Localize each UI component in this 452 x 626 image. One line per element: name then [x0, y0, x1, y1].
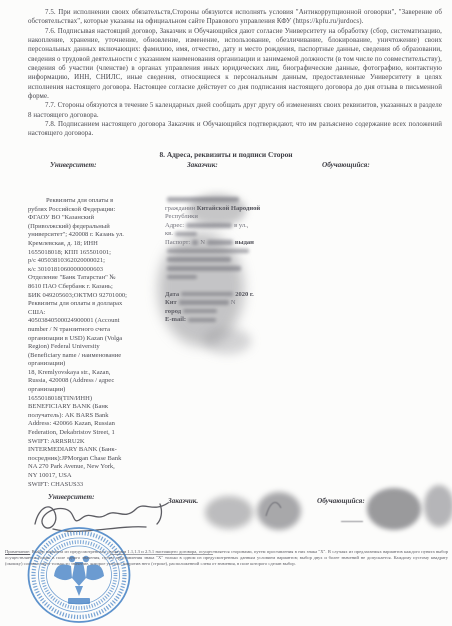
requisites-line: рублях Российской Федерации:: [28, 206, 168, 215]
requisites-line: организации): [28, 360, 168, 369]
student-signature-dash: [341, 521, 363, 522]
clause-7-5: 7.5. При исполнении своих обязательств,С…: [28, 8, 442, 27]
requisites-line: SWIFT: CHASUS33: [28, 481, 168, 490]
requisites-line: SWIFT: ARRSRU2K: [28, 438, 168, 447]
requisites-line: Реквизиты для оплаты в долларах: [28, 300, 168, 309]
university-requisites: Реквизиты для оплаты врублях Российской …: [28, 197, 168, 489]
requisites-line: BENEFICIARY BANK (Банк: [28, 403, 168, 412]
column-header-student: Обучающийся:: [322, 161, 370, 169]
requisites-line: получатель): AK BARS Bank: [28, 412, 168, 421]
requisites-line: 40503840500024900001 (Account: [28, 317, 168, 326]
customer-signature-stroke-icon: [260, 492, 286, 522]
redaction-smudge: [203, 328, 251, 354]
requisites-line: Кремлевская, д. 18; ИНН: [28, 240, 168, 249]
requisites-line: 1655018018(TIN/ИНН): [28, 395, 168, 404]
column-header-university: Университет:: [50, 161, 96, 169]
requisites-line: США:: [28, 309, 168, 318]
requisites-line: Federation, Dekabristov Street, 1: [28, 429, 168, 438]
requisites-line: 1655018018; КПП 165501001;: [28, 249, 168, 258]
requisites-line: к/с 30101810600000000603: [28, 266, 168, 275]
clause-7-8: 7.8. Подписанием настоящего договора Зак…: [28, 120, 442, 139]
footnote: Примечание: Выбор варианта из предусмотр…: [5, 549, 448, 567]
contract-clauses: 7.5. При исполнении своих обязательств,С…: [28, 8, 442, 139]
requisites-line: (Beneficiary name / наименование: [28, 352, 168, 361]
column-header-customer: Заказчик:: [187, 161, 218, 169]
requisites-line: Russia, 420008 (Address / адрес: [28, 377, 168, 386]
requisites-line: Address: 420066 Kazan, Russian: [28, 420, 168, 429]
signature-label-student: Обучающийся:: [317, 497, 365, 505]
customer-detail-line: Адрес:в ул.,: [165, 222, 315, 231]
requisites-line: БИК 049205603;ОКТМО 92701000;: [28, 292, 168, 301]
footnote-label: Примечание:: [5, 549, 30, 554]
requisites-line: NY 10017, USA: [28, 472, 168, 481]
requisites-line: посредник):JPMorgan Chase Bank: [28, 455, 168, 464]
section-8-heading: 8. Адреса, реквизиты и подписи Сторон: [0, 150, 452, 159]
footnote-text: Выбор варианта из предусмотренных, пункт…: [5, 549, 448, 566]
requisites-line: ФГАОУ ВО "Казанский: [28, 214, 168, 223]
requisites-line: Region) Federal University: [28, 343, 168, 352]
requisites-line: 18, Kremlyovskaya str., Kazan,: [28, 369, 168, 378]
requisites-line: Реквизиты для оплаты в: [28, 197, 168, 206]
requisites-line: р/с 40503810362020000021;: [28, 257, 168, 266]
requisites-line: (Приволжский) федеральный: [28, 223, 168, 232]
redaction-smudge: [188, 194, 246, 226]
clause-7-6: 7.6. Подписывая настоящий договор, Заказ…: [28, 27, 442, 102]
requisites-line: Отделение "Банк Татарстан" №: [28, 274, 168, 283]
university-stamp-icon: [26, 526, 132, 624]
contract-page: 7.5. При исполнении своих обязательств,С…: [0, 0, 452, 626]
requisites-line: университет"; 420008 г. Казань ул.: [28, 231, 168, 240]
requisites-line: организации в USD) Kazan (Volga: [28, 335, 168, 344]
clause-7-7: 7.7. Стороны обязуются в течение 5 кален…: [28, 101, 442, 120]
student-signature-smudge: [367, 488, 421, 530]
requisites-line: организации): [28, 386, 168, 395]
requisites-line: 8610 ПАО Сбербанк г. Казань;: [28, 283, 168, 292]
student-signature-smudge: [424, 485, 452, 527]
requisites-line: NA 270 Park Avenue, New York,: [28, 463, 168, 472]
requisites-line: number / N транзитного счета: [28, 326, 168, 335]
requisites-line: INTERMEDIARY BANK (Банк-: [28, 446, 168, 455]
customer-signature-smudge: [205, 496, 253, 529]
